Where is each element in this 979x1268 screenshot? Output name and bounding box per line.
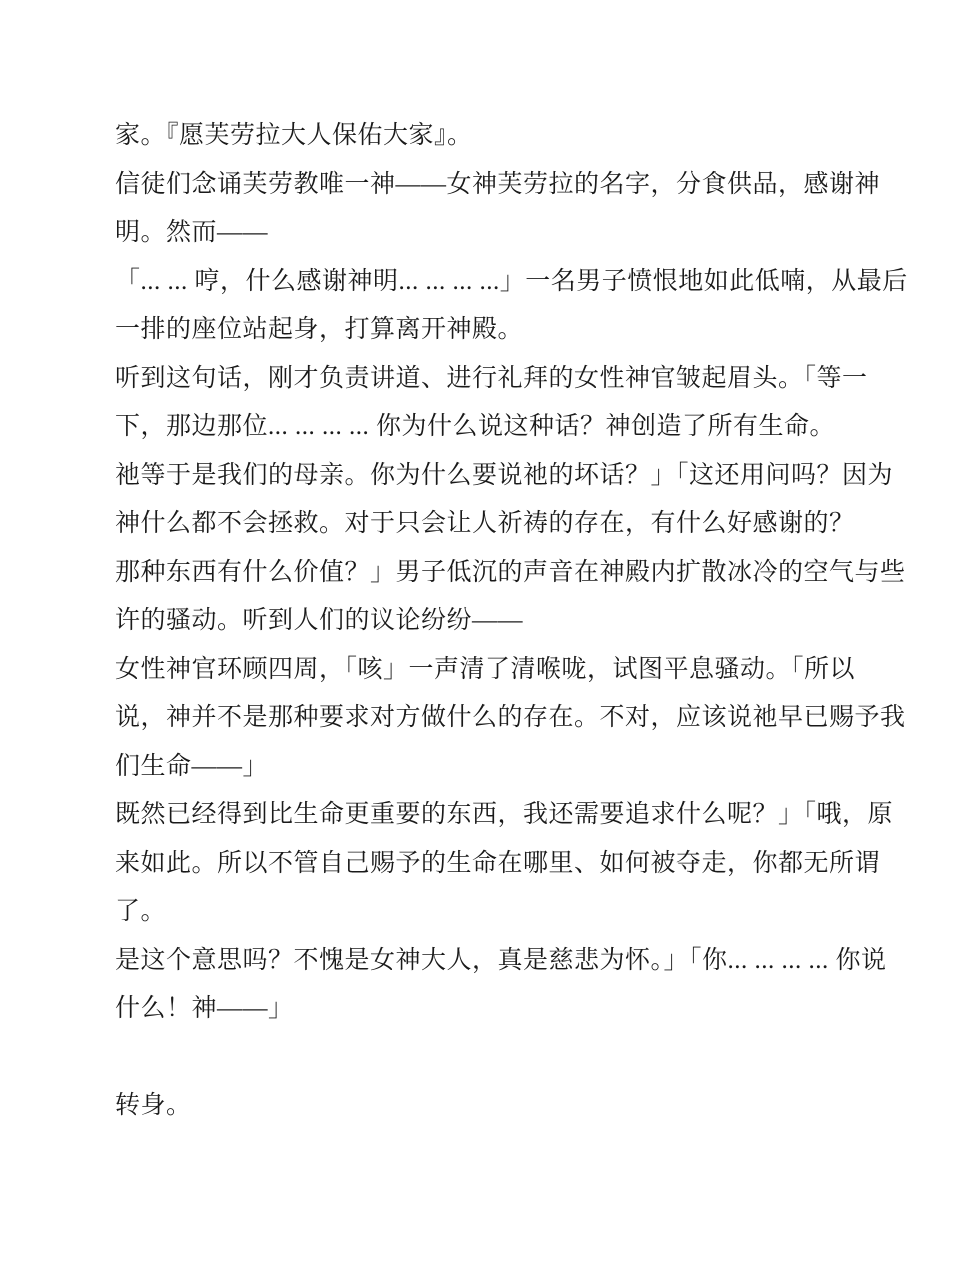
text-line: 家。『愿芙劳拉大人保佑大家』。 [115, 112, 877, 161]
text-line: 听到这句话，刚才负责讲道、进行礼拜的女性神官皱起眉头。「等一 [115, 355, 877, 404]
text-line: 许的骚动。听到人们的议论纷纷—— [115, 597, 877, 646]
document-page: 家。『愿芙劳拉大人保佑大家』。 信徒们念诵芙劳教唯一神——女神芙劳拉的名字，分食… [0, 0, 979, 1268]
text-line-blank [115, 1034, 877, 1083]
text-line: 女性神官环顾四周，「咳」一声清了清喉咙，试图平息骚动。「所以 [115, 646, 877, 695]
text-line: 下，那边那位... ... ... ... 你为什么说这种话？神创造了所有生命。 [115, 403, 877, 452]
text-line: 一排的座位站起身，打算离开神殿。 [115, 306, 877, 355]
text-line: 是这个意思吗？不愧是女神大人，真是慈悲为怀。」「你... ... ... ...… [115, 937, 877, 986]
text-line: 祂等于是我们的母亲。你为什么要说祂的坏话？」「这还用问吗？因为 [115, 452, 877, 501]
text-line: 明。然而—— [115, 209, 877, 258]
text-line: 来如此。所以不管自己赐予的生命在哪里、如何被夺走，你都无所谓 [115, 840, 877, 889]
text-line: 「... ... 哼，什么感谢神明... ... ... ...」一名男子愤恨地… [115, 258, 877, 307]
text-line: 那种东西有什么价值？」男子低沉的声音在神殿内扩散冰冷的空气与些 [115, 549, 877, 598]
text-line: 了。 [115, 888, 877, 937]
text-block: 家。『愿芙劳拉大人保佑大家』。 信徒们念诵芙劳教唯一神——女神芙劳拉的名字，分食… [115, 112, 877, 1131]
text-line: 转身。 [115, 1082, 877, 1131]
text-line: 信徒们念诵芙劳教唯一神——女神芙劳拉的名字，分食供品，感谢神 [115, 161, 877, 210]
text-line: 们生命——」 [115, 743, 877, 792]
text-line: 神什么都不会拯救。对于只会让人祈祷的存在，有什么好感谢的？ [115, 500, 877, 549]
text-line: 什么！神——」 [115, 985, 877, 1034]
text-line: 既然已经得到比生命更重要的东西，我还需要追求什么呢？」「哦，原 [115, 791, 877, 840]
text-line: 说，神并不是那种要求对方做什么的存在。不对，应该说祂早已赐予我 [115, 694, 877, 743]
